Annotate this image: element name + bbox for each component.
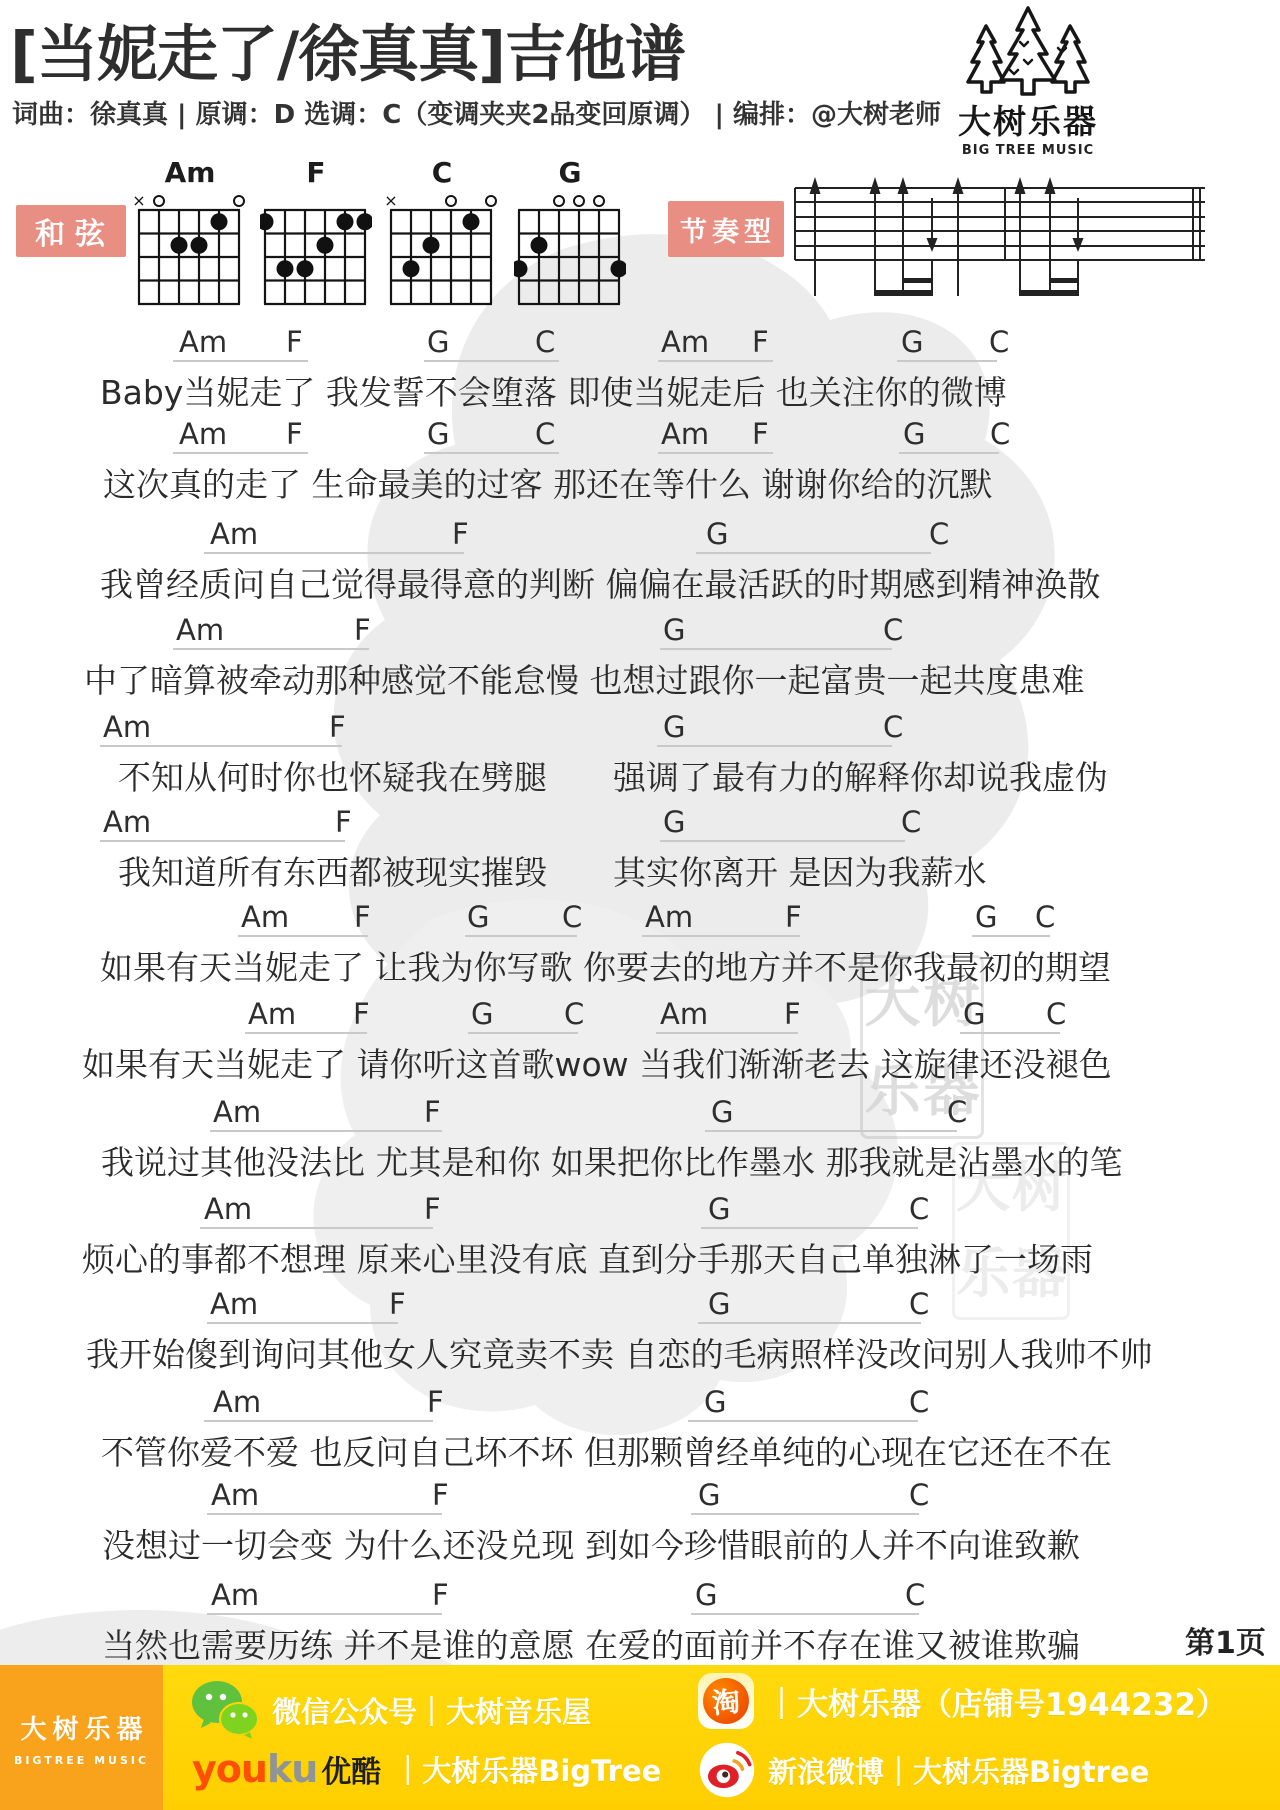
chord-underline bbox=[173, 648, 369, 650]
chord-underline bbox=[899, 452, 999, 454]
chord-underline bbox=[705, 1130, 957, 1132]
chord-label: G bbox=[963, 997, 985, 1031]
chord-label: Am bbox=[248, 997, 296, 1031]
chord-label: C bbox=[535, 417, 555, 451]
youku-logo: youku优酷 bbox=[192, 1747, 381, 1791]
chord-label: F bbox=[286, 417, 303, 451]
chord-label: C bbox=[905, 1578, 925, 1612]
lyric-text: 不管你爱不爱 也反问自己坏不坏 但那颗曾经单纯的心现在它还在不在 bbox=[101, 1427, 1112, 1474]
chord-underline bbox=[688, 1420, 918, 1422]
chord-label: F bbox=[424, 1095, 441, 1129]
chord-underline bbox=[200, 1227, 433, 1229]
chord-lyric-line-8: AmFGCAmFGC如果有天当妮走了 请你听这首歌wow 当我们渐渐老去 这旋律… bbox=[0, 997, 1280, 1093]
chord-label: Am bbox=[211, 1478, 259, 1512]
chord-label: F bbox=[335, 805, 352, 839]
chord-lyric-line-14: AmFGC当然也需要历练 并不是谁的意愿 在爱的面前并不存在谁又被谁欺骗 bbox=[0, 1578, 1280, 1674]
chord-label: C bbox=[1035, 900, 1055, 934]
chord-label: C bbox=[990, 417, 1010, 451]
chord-underline bbox=[660, 840, 905, 842]
chord-label: C bbox=[909, 1385, 929, 1419]
chord-label: Am bbox=[210, 517, 258, 551]
chord-label: C bbox=[909, 1478, 929, 1512]
page-number: 第1页 bbox=[1185, 1618, 1266, 1662]
footer-weibo-item: 新浪微博｜大树乐器Bigtree bbox=[698, 1741, 1149, 1799]
chord-underline bbox=[696, 552, 931, 554]
chord-underline bbox=[173, 452, 308, 454]
chord-lyric-line-9: AmFGC我说过其他没法比 尤其是和你 如果把你比作墨水 那我就是沾墨水的笔 bbox=[0, 1095, 1280, 1191]
lyric-text: 中了暗算被牵动那种感觉不能怠慢 也想过跟你一起富贵一起共度患难 bbox=[84, 655, 1085, 702]
chord-label: C bbox=[989, 325, 1009, 359]
chord-lyric-line-1: AmFGCAmFGCBaby当妮走了 我发誓不会堕落 即使当妮走后 也关注你的微… bbox=[0, 325, 1280, 421]
chord-label: G bbox=[708, 1192, 730, 1226]
footer-brand-title: 大树乐器 bbox=[14, 1709, 148, 1746]
wechat-icon bbox=[190, 1679, 260, 1741]
chord-underline bbox=[658, 360, 773, 362]
chord-underline bbox=[656, 1032, 798, 1034]
chord-label: G bbox=[663, 805, 685, 839]
chord-label: G bbox=[708, 1287, 730, 1321]
footer-weibo-label: 新浪微博｜大树乐器Bigtree bbox=[768, 1750, 1149, 1791]
chord-label: C bbox=[929, 517, 949, 551]
chord-underline bbox=[245, 1032, 367, 1034]
lyric-text: 如果有天当妮走了 请你听这首歌wow 当我们渐渐老去 这旋律还没褪色 bbox=[82, 1039, 1112, 1086]
chord-label: F bbox=[353, 997, 370, 1031]
chord-underline bbox=[424, 360, 559, 362]
chord-label: F bbox=[427, 1385, 444, 1419]
chord-label: F bbox=[452, 517, 469, 551]
chord-label: Am bbox=[179, 417, 227, 451]
chord-label: Am bbox=[176, 613, 224, 647]
chord-underline bbox=[465, 935, 577, 937]
chord-underline bbox=[691, 1613, 919, 1615]
chord-lyric-line-6: AmFGC我知道所有东西都被现实摧毁 其实你离开 是因为我薪水 bbox=[0, 805, 1280, 901]
chord-lyric-line-12: AmFGC不管你爱不爱 也反问自己坏不坏 但那颗曾经单纯的心现在它还在不在 bbox=[0, 1385, 1280, 1481]
weibo-icon bbox=[698, 1741, 756, 1799]
chord-label: F bbox=[752, 417, 769, 451]
lyric-text: 没想过一切会变 为什么还没兑现 到如今珍惜眼前的人并不向谁致歉 bbox=[102, 1520, 1080, 1567]
chord-label: Am bbox=[241, 900, 289, 934]
footer: 大树乐器 BIGTREE MUSIC 微信公众号｜大树音乐屋 淘 ｜大树乐器（店… bbox=[0, 1665, 1280, 1810]
lyric-text: 我曾经质问自己觉得最得意的判断 偏偏在最活跃的时期感到精神涣散 bbox=[100, 559, 1101, 606]
chord-label: Am bbox=[179, 325, 227, 359]
lyrics-section: AmFGCAmFGCBaby当妮走了 我发誓不会堕落 即使当妮走后 也关注你的微… bbox=[0, 0, 1280, 1810]
chord-label: C bbox=[883, 710, 903, 744]
chord-underline bbox=[897, 360, 997, 362]
chord-underline bbox=[100, 840, 345, 842]
lyric-text: Baby当妮走了 我发誓不会堕落 即使当妮走后 也关注你的微博 bbox=[100, 367, 1007, 414]
chord-underline bbox=[207, 1613, 442, 1615]
chord-label: G bbox=[903, 417, 925, 451]
chord-label: C bbox=[901, 805, 921, 839]
chord-lyric-line-4: AmFGC中了暗算被牵动那种感觉不能怠慢 也想过跟你一起富贵一起共度患难 bbox=[0, 613, 1280, 709]
chord-label: Am bbox=[645, 900, 693, 934]
guitar-tab-sheet: 大树乐器 大树乐器 [当妮走了/徐真真]吉他谱 词曲：徐真真 | 原调：D 选调… bbox=[0, 0, 1280, 1810]
chord-underline bbox=[204, 552, 464, 554]
footer-taobao-label: ｜大树乐器（店铺号1944232） bbox=[766, 1679, 1227, 1724]
chord-label: G bbox=[695, 1578, 717, 1612]
lyric-text: 烦心的事都不想理 原来心里没有底 直到分手那天自己单独淋了一场雨 bbox=[82, 1234, 1093, 1281]
chord-underline bbox=[468, 1032, 578, 1034]
footer-youku-label: ｜大树乐器BigTree bbox=[393, 1749, 661, 1790]
chord-label: F bbox=[432, 1478, 449, 1512]
footer-brand-subtitle: BIGTREE MUSIC bbox=[14, 1754, 149, 1767]
chord-label: G bbox=[704, 1385, 726, 1419]
chord-label: Am bbox=[103, 805, 151, 839]
chord-label: G bbox=[663, 710, 685, 744]
chord-underline bbox=[207, 1513, 442, 1515]
chord-label: Am bbox=[211, 1578, 259, 1612]
chord-label: G bbox=[471, 997, 493, 1031]
chord-underline bbox=[658, 452, 773, 454]
lyric-text: 不知从何时你也怀疑我在劈腿 强调了最有力的解释你却说我虚伪 bbox=[118, 752, 1108, 799]
chord-label: C bbox=[909, 1192, 929, 1226]
footer-brand-block: 大树乐器 BIGTREE MUSIC bbox=[0, 1665, 163, 1810]
chord-underline bbox=[660, 648, 892, 650]
footer-taobao-item: 淘 ｜大树乐器（店铺号1944232） bbox=[698, 1673, 1227, 1729]
chord-label: Am bbox=[204, 1192, 252, 1226]
chord-label: F bbox=[432, 1578, 449, 1612]
chord-lyric-line-5: AmFGC不知从何时你也怀疑我在劈腿 强调了最有力的解释你却说我虚伪 bbox=[0, 710, 1280, 806]
footer-youku-item: youku优酷 ｜大树乐器BigTree bbox=[192, 1747, 661, 1791]
chord-underline bbox=[642, 935, 800, 937]
chord-label: G bbox=[901, 325, 923, 359]
chord-label: C bbox=[1046, 997, 1066, 1031]
lyric-text: 当然也需要历练 并不是谁的意愿 在爱的面前并不存在谁又被谁欺骗 bbox=[102, 1620, 1080, 1667]
lyric-text: 我知道所有东西都被现实摧毁 其实你离开 是因为我薪水 bbox=[118, 847, 987, 894]
chord-label: F bbox=[785, 900, 802, 934]
chord-underline bbox=[204, 1420, 433, 1422]
chord-label: Am bbox=[103, 710, 151, 744]
chord-label: F bbox=[424, 1192, 441, 1226]
chord-label: Am bbox=[660, 997, 708, 1031]
chord-label: G bbox=[427, 417, 449, 451]
lyric-text: 我说过其他没法比 尤其是和你 如果把你比作墨水 那我就是沾墨水的笔 bbox=[101, 1137, 1122, 1184]
chord-label: F bbox=[389, 1287, 406, 1321]
footer-wechat-label: 微信公众号｜大树音乐屋 bbox=[272, 1690, 591, 1731]
chord-underline bbox=[691, 1513, 919, 1515]
chord-label: F bbox=[784, 997, 801, 1031]
chord-lyric-line-2: AmFGCAmFGC这次真的走了 生命最美的过客 那还在等什么 谢谢你给的沉默 bbox=[0, 417, 1280, 513]
chord-label: Am bbox=[661, 325, 709, 359]
chord-label: C bbox=[909, 1287, 929, 1321]
footer-wechat-item: 微信公众号｜大树音乐屋 bbox=[190, 1679, 591, 1741]
chord-underline bbox=[698, 1322, 921, 1324]
chord-label: C bbox=[562, 900, 582, 934]
chord-label: F bbox=[354, 613, 371, 647]
chord-label: G bbox=[698, 1478, 720, 1512]
chord-underline bbox=[972, 935, 1050, 937]
chord-label: C bbox=[947, 1095, 967, 1129]
chord-underline bbox=[238, 935, 368, 937]
chord-label: G bbox=[663, 613, 685, 647]
chord-label: G bbox=[975, 900, 997, 934]
chord-label: C bbox=[883, 613, 903, 647]
chord-lyric-line-3: AmFGC我曾经质问自己觉得最得意的判断 偏偏在最活跃的时期感到精神涣散 bbox=[0, 517, 1280, 613]
chord-lyric-line-7: AmFGCAmFGC如果有天当妮走了 让我为你写歌 你要去的地方并不是你我最初的… bbox=[0, 900, 1280, 996]
chord-underline bbox=[210, 1130, 442, 1132]
chord-label: G bbox=[706, 517, 728, 551]
chord-label: F bbox=[354, 900, 371, 934]
chord-lyric-line-13: AmFGC没想过一切会变 为什么还没兑现 到如今珍惜眼前的人并不向谁致歉 bbox=[0, 1478, 1280, 1574]
chord-underline bbox=[173, 360, 308, 362]
chord-label: Am bbox=[213, 1095, 261, 1129]
lyric-text: 这次真的走了 生命最美的过客 那还在等什么 谢谢你给的沉默 bbox=[103, 459, 992, 506]
lyric-text: 我开始傻到询问其他女人究竟卖不卖 自恋的毛病照样没改问别人我帅不帅 bbox=[86, 1329, 1153, 1376]
chord-label: F bbox=[286, 325, 303, 359]
chord-label: F bbox=[329, 710, 346, 744]
chord-underline bbox=[960, 1032, 1060, 1034]
chord-label: G bbox=[467, 900, 489, 934]
chord-label: C bbox=[535, 325, 555, 359]
chord-lyric-line-11: AmFGC我开始傻到询问其他女人究竟卖不卖 自恋的毛病照样没改问别人我帅不帅 bbox=[0, 1287, 1280, 1383]
chord-underline bbox=[657, 745, 892, 747]
chord-label: Am bbox=[661, 417, 709, 451]
chord-underline bbox=[100, 745, 342, 747]
chord-label: Am bbox=[210, 1287, 258, 1321]
chord-underline bbox=[424, 452, 559, 454]
lyric-text: 如果有天当妮走了 让我为你写歌 你要去的地方并不是你我最初的期望 bbox=[100, 942, 1111, 989]
chord-label: G bbox=[427, 325, 449, 359]
chord-lyric-line-10: AmFGC烦心的事都不想理 原来心里没有底 直到分手那天自己单独淋了一场雨 bbox=[0, 1192, 1280, 1288]
chord-underline bbox=[701, 1227, 918, 1229]
chord-label: F bbox=[752, 325, 769, 359]
taobao-icon: 淘 bbox=[698, 1673, 754, 1729]
chord-label: Am bbox=[213, 1385, 261, 1419]
chord-label: G bbox=[711, 1095, 733, 1129]
chord-underline bbox=[207, 1322, 398, 1324]
chord-label: C bbox=[564, 997, 584, 1031]
